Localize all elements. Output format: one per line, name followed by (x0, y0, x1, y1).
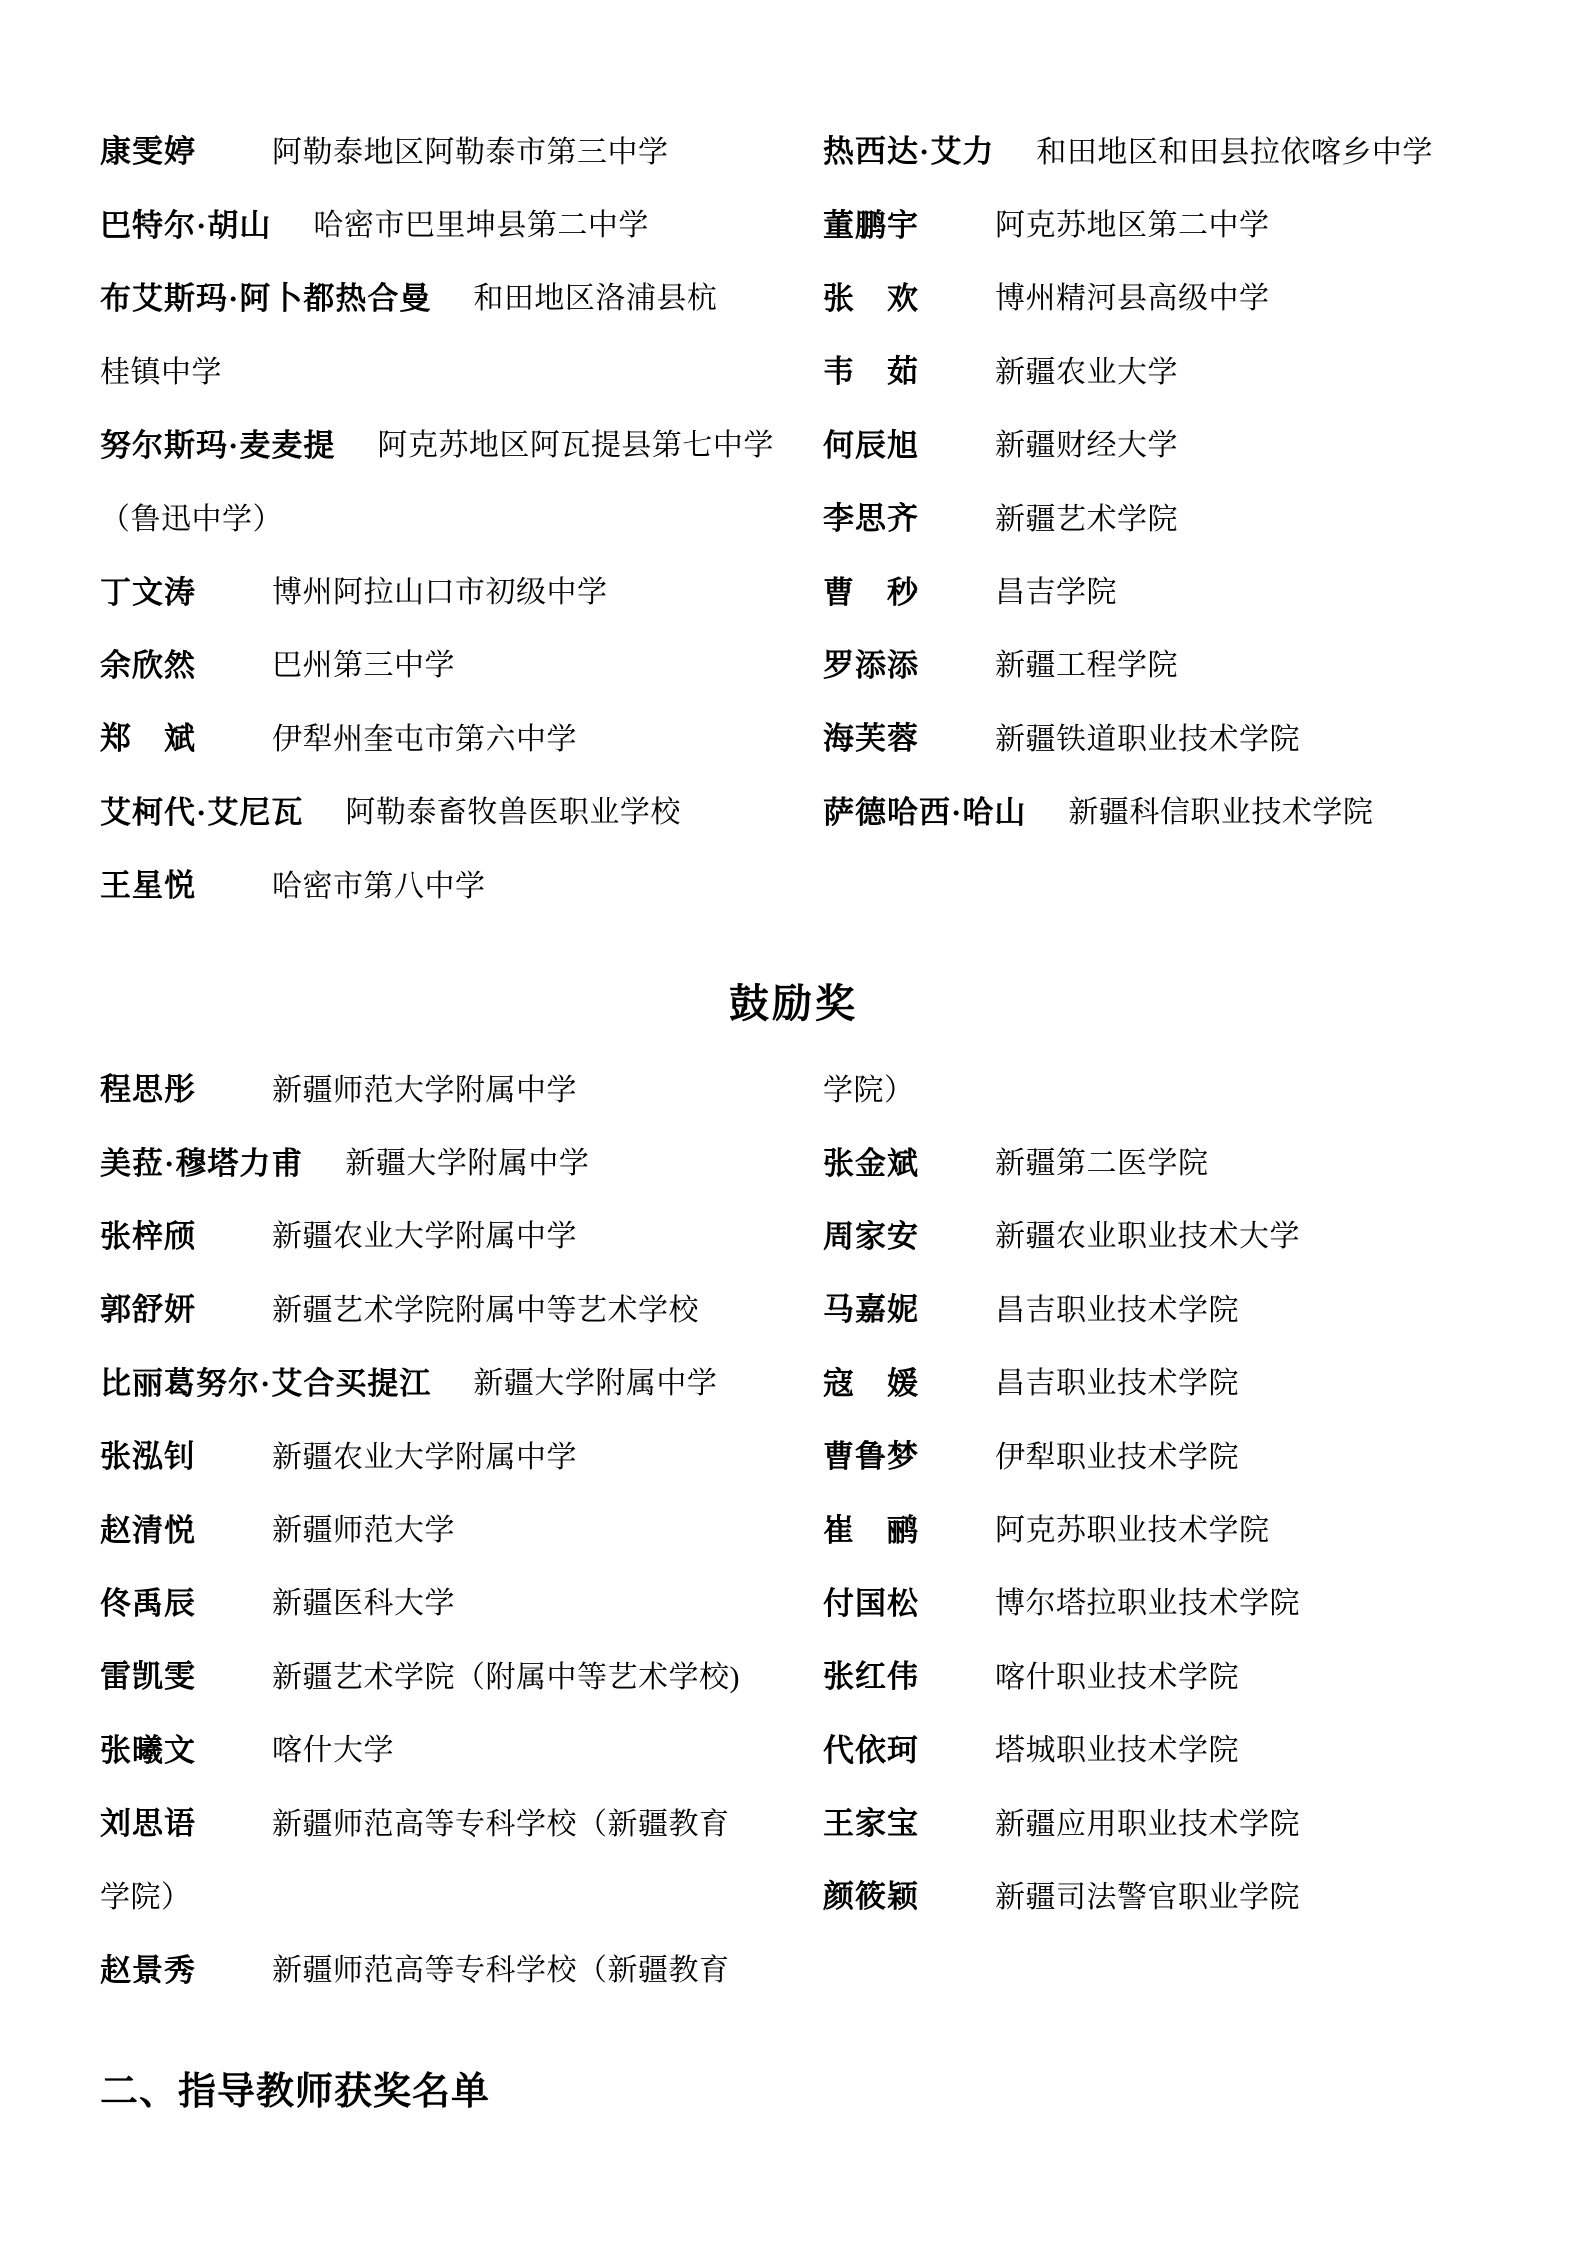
award-entry-row: 张红伟喀什职业技术学院 (823, 1637, 1523, 1710)
winner-name: 颜筱颖 (823, 1871, 953, 1916)
winner-name: 王星悦 (100, 860, 230, 905)
award-entry-row: 付国松博尔塔拉职业技术学院 (823, 1564, 1523, 1637)
winner-name: 赵清悦 (100, 1505, 230, 1550)
winner-school: 新疆师范高等专科学校（新疆教育 (272, 1945, 730, 1989)
winner-school: 新疆农业大学附属中学 (272, 1432, 577, 1476)
winner-school: 喀什职业技术学院 (995, 1652, 1239, 1696)
section1-left-column: 康雯婷阿勒泰地区阿勒泰市第三中学巴特尔·胡山哈密市巴里坤县第二中学布艾斯玛·阿卜… (100, 112, 805, 919)
winner-name: 郭舒妍 (100, 1284, 230, 1329)
winner-school: 新疆司法警官职业学院 (995, 1872, 1300, 1916)
winner-school: 博州精河县高级中学 (995, 273, 1270, 317)
winner-name: 康雯婷 (100, 126, 230, 171)
winner-school: 新疆应用职业技术学院 (995, 1799, 1300, 1843)
winner-name: 付国松 (823, 1578, 953, 1623)
winner-school: 和田地区洛浦县杭 (473, 273, 717, 317)
winner-school: 新疆大学附属中学 (345, 1138, 589, 1182)
award-entry-row: 马嘉妮昌吉职业技术学院 (823, 1270, 1523, 1343)
winner-name: 刘思语 (100, 1798, 230, 1843)
award-entry-row: 比丽葛努尔·艾合买提江新疆大学附属中学 (100, 1344, 805, 1417)
award-section-heading: 鼓励奖 (0, 972, 1587, 1029)
winner-school: 阿勒泰畜牧兽医职业学校 (345, 787, 681, 831)
winner-name: 崔 鹂 (823, 1505, 953, 1550)
winner-name: 韦 茹 (823, 346, 953, 391)
winner-name: 寇 媛 (823, 1358, 953, 1403)
award-entry-row: 布艾斯玛·阿卜都热合曼和田地区洛浦县杭 (100, 259, 805, 332)
award-entry-row: 佟禹辰新疆医科大学 (100, 1564, 805, 1637)
winner-school: 伊犁职业技术学院 (995, 1432, 1239, 1476)
winner-name: 萨德哈西·哈山 (823, 787, 1026, 832)
winner-school: 博州阿拉山口市初级中学 (272, 567, 608, 611)
winner-name: 郑 斌 (100, 713, 230, 758)
continuation-row: （鲁迅中学） (100, 479, 805, 552)
winner-name: 努尔斯玛·麦麦提 (100, 420, 335, 465)
section2-right-column: 学院）张金斌新疆第二医学院周家安新疆农业职业技术大学马嘉妮昌吉职业技术学院寇 媛… (823, 1050, 1523, 1931)
winner-name: 张红伟 (823, 1651, 953, 1696)
award-entry-row: 巴特尔·胡山哈密市巴里坤县第二中学 (100, 185, 805, 258)
award-entry-row: 雷凯雯新疆艺术学院（附属中等艺术学校) (100, 1637, 805, 1710)
winner-school: 塔城职业技术学院 (995, 1725, 1239, 1769)
winner-name: 丁文涛 (100, 567, 230, 612)
winner-name: 罗添添 (823, 640, 953, 685)
award-entry-row: 张梓颀新疆农业大学附属中学 (100, 1197, 805, 1270)
winner-name: 雷凯雯 (100, 1651, 230, 1696)
winner-name: 王家宝 (823, 1798, 953, 1843)
winner-school: 伊犁州奎屯市第六中学 (272, 714, 577, 758)
school-continuation: （鲁迅中学） (100, 494, 283, 538)
winner-school: 新疆财经大学 (995, 420, 1178, 464)
school-continuation: 桂镇中学 (100, 347, 222, 391)
award-entry-row: 张泓钊新疆农业大学附属中学 (100, 1417, 805, 1490)
award-entry-row: 王星悦哈密市第八中学 (100, 846, 805, 919)
award-entry-row: 郑 斌伊犁州奎屯市第六中学 (100, 699, 805, 772)
award-entry-row: 丁文涛博州阿拉山口市初级中学 (100, 552, 805, 625)
continuation-row: 学院） (823, 1050, 1523, 1123)
winner-school: 新疆科信职业技术学院 (1068, 787, 1373, 831)
winner-name: 赵景秀 (100, 1945, 230, 1990)
winner-school: 昌吉职业技术学院 (995, 1358, 1239, 1402)
award-entry-row: 何辰旭新疆财经大学 (823, 406, 1523, 479)
award-entry-row: 董鹏宇阿克苏地区第二中学 (823, 185, 1523, 258)
winner-school: 新疆师范大学附属中学 (272, 1065, 577, 1109)
winner-name: 艾柯代·艾尼瓦 (100, 787, 303, 832)
winner-school: 阿克苏地区第二中学 (995, 200, 1270, 244)
winner-name: 美菈·穆塔力甫 (100, 1138, 303, 1183)
continuation-row: 桂镇中学 (100, 332, 805, 405)
award-entry-row: 余欣然巴州第三中学 (100, 626, 805, 699)
award-entry-row: 张 欢博州精河县高级中学 (823, 259, 1523, 332)
winner-school: 阿勒泰地区阿勒泰市第三中学 (272, 127, 669, 171)
winner-name: 布艾斯玛·阿卜都热合曼 (100, 273, 431, 318)
winner-name: 佟禹辰 (100, 1578, 230, 1623)
winner-school: 新疆艺术学院（附属中等艺术学校) (272, 1652, 740, 1696)
school-continuation: 学院） (100, 1872, 192, 1916)
winner-school: 阿克苏地区阿瓦提县第七中学 (377, 420, 774, 464)
winner-name: 何辰旭 (823, 420, 953, 465)
winner-school: 昌吉职业技术学院 (995, 1285, 1239, 1329)
award-entry-row: 赵清悦新疆师范大学 (100, 1490, 805, 1563)
winner-school: 博尔塔拉职业技术学院 (995, 1578, 1300, 1622)
teachers-section-heading: 二、指导教师获奖名单 (100, 2060, 490, 2115)
winner-school: 新疆农业大学 (995, 347, 1178, 391)
award-entry-row: 曹鲁梦伊犁职业技术学院 (823, 1417, 1523, 1490)
continuation-row: 学院） (100, 1857, 805, 1930)
school-continuation: 学院） (823, 1065, 915, 1109)
winner-school: 喀什大学 (272, 1725, 394, 1769)
winner-name: 马嘉妮 (823, 1284, 953, 1329)
winner-school: 新疆第二医学院 (995, 1138, 1209, 1182)
winner-school: 巴州第三中学 (272, 640, 455, 684)
winner-name: 余欣然 (100, 640, 230, 685)
award-entry-row: 韦 茹新疆农业大学 (823, 332, 1523, 405)
winner-school: 新疆农业职业技术大学 (995, 1211, 1300, 1255)
award-entry-row: 罗添添新疆工程学院 (823, 626, 1523, 699)
award-entry-row: 张曦文喀什大学 (100, 1711, 805, 1784)
award-entry-row: 艾柯代·艾尼瓦阿勒泰畜牧兽医职业学校 (100, 773, 805, 846)
winner-name: 程思彤 (100, 1064, 230, 1109)
winner-school: 和田地区和田县拉依喀乡中学 (1036, 127, 1433, 171)
winner-school: 新疆农业大学附属中学 (272, 1211, 577, 1255)
winner-name: 海芙蓉 (823, 713, 953, 758)
winner-school: 哈密市第八中学 (272, 861, 486, 905)
award-entry-row: 赵景秀新疆师范高等专科学校（新疆教育 (100, 1931, 805, 2004)
award-entry-row: 张金斌新疆第二医学院 (823, 1123, 1523, 1196)
winner-name: 张泓钊 (100, 1431, 230, 1476)
award-entry-row: 李思齐新疆艺术学院 (823, 479, 1523, 552)
award-entry-row: 热西达·艾力和田地区和田县拉依喀乡中学 (823, 112, 1523, 185)
winner-school: 新疆铁道职业技术学院 (995, 714, 1300, 758)
award-entry-row: 康雯婷阿勒泰地区阿勒泰市第三中学 (100, 112, 805, 185)
award-entry-row: 曹 秒昌吉学院 (823, 552, 1523, 625)
award-entry-row: 寇 媛昌吉职业技术学院 (823, 1344, 1523, 1417)
winner-school: 哈密市巴里坤县第二中学 (313, 200, 649, 244)
section2-left-column: 程思彤新疆师范大学附属中学美菈·穆塔力甫新疆大学附属中学张梓颀新疆农业大学附属中… (100, 1050, 805, 2004)
winner-name: 张金斌 (823, 1138, 953, 1183)
winner-name: 李思齐 (823, 493, 953, 538)
winner-school: 昌吉学院 (995, 567, 1117, 611)
winner-school: 新疆师范高等专科学校（新疆教育 (272, 1799, 730, 1843)
award-entry-row: 郭舒妍新疆艺术学院附属中等艺术学校 (100, 1270, 805, 1343)
winner-name: 周家安 (823, 1211, 953, 1256)
award-entry-row: 颜筱颖新疆司法警官职业学院 (823, 1857, 1523, 1930)
award-entry-row: 萨德哈西·哈山新疆科信职业技术学院 (823, 773, 1523, 846)
award-entry-row: 刘思语新疆师范高等专科学校（新疆教育 (100, 1784, 805, 1857)
award-entry-row: 代依珂塔城职业技术学院 (823, 1711, 1523, 1784)
award-entry-row: 王家宝新疆应用职业技术学院 (823, 1784, 1523, 1857)
document-page: 康雯婷阿勒泰地区阿勒泰市第三中学巴特尔·胡山哈密市巴里坤县第二中学布艾斯玛·阿卜… (0, 0, 1587, 2245)
award-entry-row: 周家安新疆农业职业技术大学 (823, 1197, 1523, 1270)
winner-name: 比丽葛努尔·艾合买提江 (100, 1358, 431, 1403)
award-entry-row: 崔 鹂阿克苏职业技术学院 (823, 1490, 1523, 1563)
winner-name: 代依珂 (823, 1725, 953, 1770)
award-entry-row: 美菈·穆塔力甫新疆大学附属中学 (100, 1123, 805, 1196)
winner-name: 曹 秒 (823, 567, 953, 612)
winner-school: 阿克苏职业技术学院 (995, 1505, 1270, 1549)
winner-school: 新疆大学附属中学 (473, 1358, 717, 1402)
winner-name: 巴特尔·胡山 (100, 200, 271, 245)
winner-school: 新疆师范大学 (272, 1505, 455, 1549)
winner-school: 新疆艺术学院 (995, 494, 1178, 538)
winner-name: 董鹏宇 (823, 200, 953, 245)
award-entry-row: 努尔斯玛·麦麦提阿克苏地区阿瓦提县第七中学 (100, 406, 805, 479)
award-entry-row: 程思彤新疆师范大学附属中学 (100, 1050, 805, 1123)
award-entry-row: 海芙蓉新疆铁道职业技术学院 (823, 699, 1523, 772)
winner-school: 新疆艺术学院附属中等艺术学校 (272, 1285, 699, 1329)
winner-name: 张 欢 (823, 273, 953, 318)
winner-name: 热西达·艾力 (823, 126, 994, 171)
winner-name: 张梓颀 (100, 1211, 230, 1256)
winner-school: 新疆工程学院 (995, 640, 1178, 684)
section1-right-column: 热西达·艾力和田地区和田县拉依喀乡中学董鹏宇阿克苏地区第二中学张 欢博州精河县高… (823, 112, 1523, 846)
winner-name: 张曦文 (100, 1725, 230, 1770)
winner-school: 新疆医科大学 (272, 1578, 455, 1622)
winner-name: 曹鲁梦 (823, 1431, 953, 1476)
